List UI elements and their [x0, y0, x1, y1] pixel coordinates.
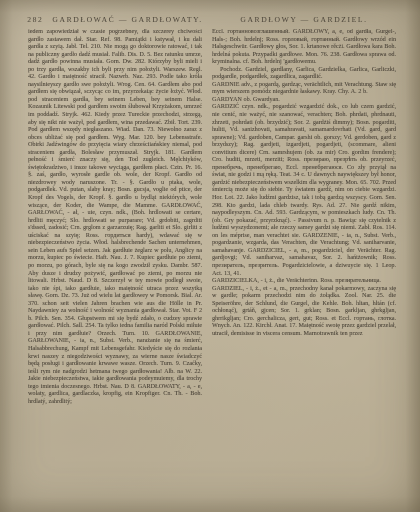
text-paragraph: GARDZICIELKA, - i, ż., die Verächterinn.… — [212, 278, 396, 286]
page-number: 282 — [27, 15, 43, 26]
text-paragraph: GARDZIEL, - i, ż., et - a, m., przechodn… — [212, 286, 396, 339]
text-paragraph: iedem zapowiedział w czasie pogrzebney, … — [28, 29, 202, 406]
running-title-right: GARDŁOWY — GARDZIEL. — [212, 15, 396, 26]
text-paragraph: GARDNIE adv., z pogardą, gardząc, veräch… — [212, 82, 396, 97]
page-header: 282 GARDŁOWAĆ — GARDŁOWATY. GARDŁOWY — G… — [28, 15, 396, 26]
text-column-right: Eccl. гортанновозглашенный. GARDŁOWY, a,… — [212, 29, 396, 478]
text-paragraph: Eccl. гортанновозглашенный. GARDŁOWY, a,… — [212, 29, 396, 67]
scanned-dictionary-page: 282 GARDŁOWAĆ — GARDŁOWATY. GARDŁOWY — G… — [0, 0, 420, 512]
text-columns: iedem zapowiedział w czasie pogrzebney, … — [28, 29, 396, 478]
print-area: 282 GARDŁOWAĆ — GARDŁOWATY. GARDŁOWY — G… — [0, 0, 420, 512]
running-title-left-block: 282 GARDŁOWAĆ — GARDŁOWATY. — [28, 15, 202, 26]
text-column-left: iedem zapowiedział w czasie pogrzebney, … — [28, 29, 202, 478]
text-paragraph: Pochodz. Gardziel, gardlany, Garlica, Ga… — [212, 67, 396, 82]
text-paragraph: GARDZIĆ czyn. ndk., pogardzić wzgardzić … — [212, 104, 396, 278]
running-title-left: GARDŁOWAĆ — GARDŁOWATY. — [52, 15, 202, 26]
